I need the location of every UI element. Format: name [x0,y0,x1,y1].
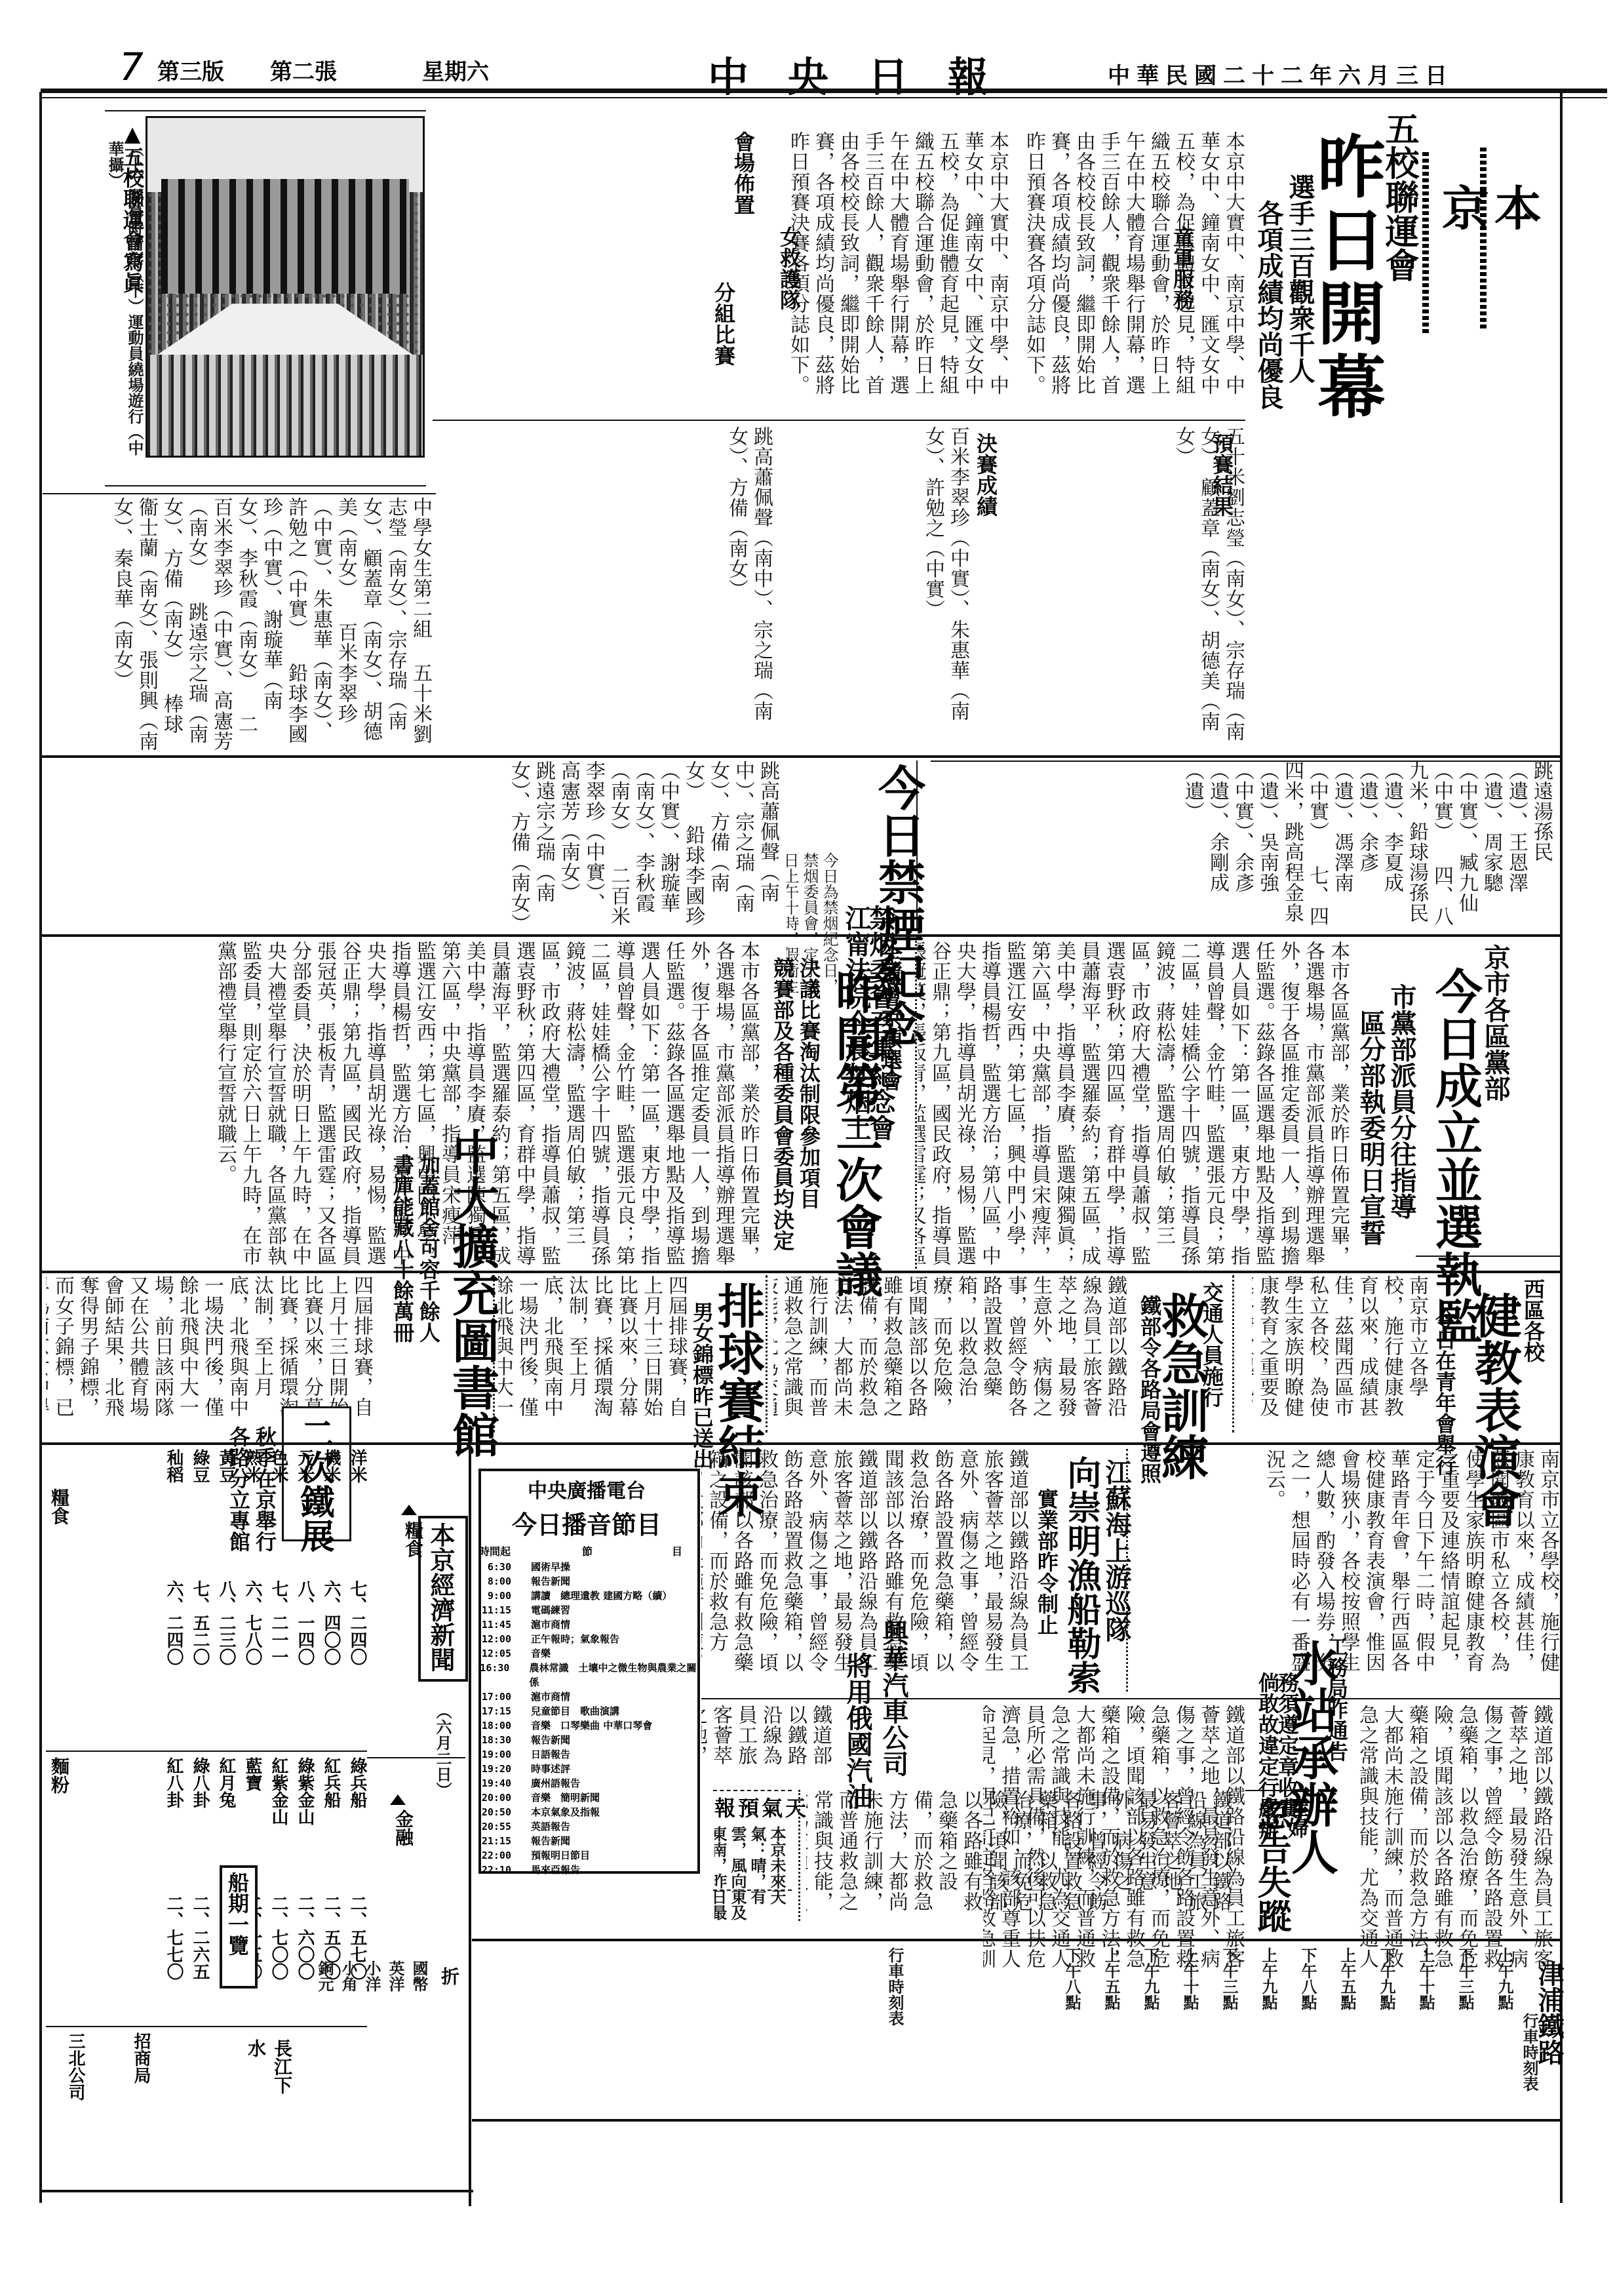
issue-date: 中華民國二十二年六月三日 [1108,58,1454,90]
economy-grain-label: 糧食 [400,1521,426,1558]
masthead-rule [41,89,1607,93]
prelims-body: 五十米劉志瑩（南女）、宗存瑞（南女）、顧蓋章（南女）、胡德美（南女） [996,426,1245,754]
radio-row: 18:00音樂 口琴樂曲 中華口琴會 [475,1718,698,1733]
lead-subhead-2: 各項成績均尚優良 [1253,200,1283,410]
grain-heading: 糧食 [46,1488,72,1525]
results-heading: 中學女生第二組 [409,497,432,639]
radio-row: 22:00預報明日節目 [475,1848,698,1863]
fishing-headline: 向崇明漁船勒索 [1062,1455,1100,1694]
radio-row: 17:15兒童節目 歌曲演講 [475,1704,698,1718]
lead-body: 本京中大實中、南京中學、中華女中、鐘南女中、匯文女中五校，為促進體育起見，特組織… [1022,131,1245,413]
economy-section: 洋米 機米 元米 色米 熟米 黃豆 綠豆 秈稻 糧食 七、二四〇 六、四〇〇 八… [46,1449,367,2111]
ornament-chain [1422,152,1429,336]
wavy-divider [915,941,921,1269]
sheet-page: 第三版 [157,54,224,86]
radio-row: 12:05音樂 [475,1646,698,1661]
railway-notice: 行車時刻表 [708,1947,905,2118]
divider [46,2026,367,2027]
radio-rows: 6:30國術早操 8:00報告新聞 9:00講讀 總理遺教 建國方略（續） 11… [475,1560,698,1877]
results-band-right: 跳遠湯孫民（遺）、王恩澤（遺）、周家驄（中實）、臧九仙（中實） 四、八九米，鉛球… [931,761,1553,932]
firstaid-body: 鐵道部以鐵路沿線為員工旅客薈萃之地，最易發生意外、病傷之事，曾經令飭各路設置救急… [773,1275,1127,1433]
wavy-divider [1126,1449,1132,1692]
photo-frame-bottom [105,485,426,486]
sheet-info: 第三版 第二張 星期六 [157,54,489,86]
lead-headline: 昨日開幕 [1310,131,1382,425]
column-rule [469,1446,471,2206]
subsection-firstaid: 女救護隊 [777,226,802,310]
photo-subcaption: （上）開幕時情形（下）運動員繞場遊行（中華攝） [105,141,144,469]
radio-row: 20:55英語報告 [475,1819,698,1834]
radio-row: 19:40廣州語報告 [475,1776,698,1791]
prelims-body-3: 跳高蕭佩聲（南中）、宗之瑞（南女）、方備（南女） [433,426,773,754]
economy-gold-marker [390,1794,406,1808]
health-kicker: 西區各校 [1521,1278,1546,1362]
library-headline: 中大擴充圖書館 [446,1128,498,1458]
grain-price-values: 七、二四〇 六、四〇〇 八、一四〇 七、二一一 六、七八〇 八、二三〇 七、五二… [157,1580,367,1665]
page-border-left [39,92,42,2203]
radio-schedule: 中央廣播電台 今日播音節目 時間起 節 目 6:30國術早操 8:00報告新聞 … [475,1472,698,1877]
photo-sports-meet [146,116,425,458]
subsection-groups: 分組比賽 [711,282,736,366]
radio-row: 16:30農林常識 土壤中之微生物與農業之關係 [475,1661,698,1690]
divider [46,1751,367,1752]
wavy-divider [1232,1275,1238,1433]
section-label-local: 本京 [1435,184,1540,328]
divider [367,1757,465,1758]
timetable: 上午九點 下午三點 上午十點 下午九點 上午五點 下午八點 上午九點 下午三點 … [911,1947,1514,2118]
lead-subhead-1: 選手三百觀衆千人 [1285,174,1315,384]
page-border-right [1560,92,1563,2203]
triangle-up-icon [401,1505,417,1515]
weekday: 星期六 [422,54,489,86]
photo-frame-top [105,110,426,111]
gasoline-subhead: 將用俄國汽油 [842,1652,872,1810]
bottom-rule-left [41,2190,473,2192]
railway-subtitle: 行車時刻表 [1519,2013,1539,2091]
shipping-route: 長江下水 [243,2039,295,2111]
library-subhead: 加蓋館舍可容千餘人 [416,1154,441,1343]
volleyball-body: 四屆排球賽，自上月十三日開始比賽以來，分幕比賽，採循環淘汰制，至上月底，北飛與南… [498,1275,688,1433]
divider [1416,1256,1560,1257]
economy-label: 本京經濟新聞 [426,1522,455,1672]
radio-row: 11:15電碼練習 [475,1603,698,1617]
radio-row: 8:00報告新聞 [475,1574,698,1589]
radio-row: 9:00講讀 總理遺教 建國方略（續） [475,1589,698,1603]
results-band-left: 跳高蕭佩聲（南中）、宗之瑞（南女）、方備（南女） 鉛球李國珍（中實）、謝璇華（南… [46,761,780,932]
grain-prices: 洋米 機米 元米 色米 熟米 黃豆 綠豆 秈稻 [157,1449,367,1483]
economy-date: （六月二日） [433,1703,452,1798]
radio-row: 20:00音樂 簡明新聞 [475,1791,698,1805]
radio-row: 18:30報告新聞 [475,1733,698,1747]
shipping-companies: 三北公司 招商局 [59,2032,151,2101]
gasoline-body: 鐵道部以鐵路沿線為員工旅客薈萃之地，最易發生意外、病傷之事，曾經令飭各路設置救急… [701,1705,832,1777]
weather-body: 本京未來天氣：晴，有雲，風向東及東南，昨日最高二八、九度，最低一八、四度（下） [714,1826,787,1924]
radio-row: 11:45滬市商情 [475,1617,698,1632]
lead-body-cont: 本京中大實中、南京中學、中華女中、鐘南女中、匯文女中五校，為促進體育起見，特組織… [433,131,1009,413]
radio-header: 時間起 節 目 [479,1543,698,1558]
divider [931,761,1560,762]
subsection-finals: 決賽成績 [973,433,998,517]
subsection-scouts: 童軍服務 [1170,226,1195,310]
radio-row: 6:30國術早操 [475,1560,698,1574]
shipping-label: 船期一覽 [225,1872,250,1956]
band-rule [472,1939,1560,1941]
radio-row: 12:00正午報時；氣象報告 [475,1632,698,1646]
economy-grain-marker [401,1505,417,1518]
gasoline-headline: 興華汽車公司 [878,1619,908,1777]
radio-station: 中央廣播電台 [475,1475,698,1503]
party-kicker: 京市各區黨部 [1480,944,1510,1101]
missing-headline: 忽告失蹤 [1252,1796,1290,1933]
games-subhead: 決議比賽淘汰制限參加項目 [796,957,821,1209]
subsection-venue: 會場佈置 [731,131,756,215]
missing-body: 鐵道部以鐵路沿線為員工旅客薈萃之地，最易發生意外、病傷之事，曾經令飭各路設置救急… [806,1790,1232,1921]
radio-title: 今日播音節目 [475,1505,698,1541]
fishing-subhead: 實業部昨令制止 [1034,1488,1059,1635]
band-rule [41,934,1561,937]
radio-row: 22:10馬來亞報告 [475,1863,698,1877]
divider [701,1698,1560,1699]
divider [43,493,436,494]
flour-heading: 麵粉 [46,1757,72,1794]
paper-name: 中央日報 [708,45,1028,103]
party-subhead-2: 區分部執委明日宣誓 [1355,1010,1386,1246]
health-body: 南京市立各學校，施行健康教育以來，成績甚佳，茲聞西區市私立各校，為使學生家族明瞭… [1252,1275,1429,1433]
radio-row: 19:20時事述評 [475,1762,698,1776]
library-subhead-2: 書庫能藏八十餘萬冊 [390,1154,415,1343]
band-rule [41,1271,1561,1273]
masthead-rule-2 [41,97,1607,98]
radio-row: 19:00日語報告 [475,1747,698,1762]
flour-items: 綠兵船 紅兵船 綠紫金山 紅紫金山 藍寶 紅月兔 綠八卦 紅八卦 [157,1757,367,1825]
sheet-number: 第二張 [270,54,337,86]
radio-row: 21:15報告新聞 [475,1834,698,1848]
triangle-up-icon [390,1794,406,1805]
prelims-body-2: 百米李翠珍（中實）、朱惠華（南女）、許勉之（中實） [787,426,970,754]
exchange-heading: 折 [436,1967,462,1985]
band-rule [41,755,1561,758]
party-headline: 今日成立並選執監 [1429,967,1481,1345]
divider [1245,1790,1311,1791]
radio-row: 20:50本京氣象及指報 [475,1805,698,1819]
band-rule [41,1442,1561,1445]
wavy-divider [766,1275,771,1433]
party-body: 本市各區黨部，業於昨日佈置完畢，各選舉場，市黨部派員指導辦理選舉外，復于各區推定… [918,941,1350,1269]
bottom-rule [472,2119,1560,2122]
weather-title: 天氣預報 [714,1793,809,1823]
radio-row: 17:00滬市商情 [475,1690,698,1704]
party-subhead: 市黨部派員分往指導 [1386,983,1416,1219]
economy-gold-heading: 金融 [390,1810,416,1846]
results-column: 中學女生第二組 五十米劉志瑩（南女）、宗存瑞（南女）、顧蓋章（南女）、胡德美（南… [46,497,433,753]
games-subhead-2: 競賽部及各種委員會委員均決定 [770,957,795,1251]
games-headline: 昨開第二次會議 [829,967,882,1297]
economy-gold-items: 國幣 英洋 小洋 小角 銅元 [315,1960,429,1992]
water-kicker: 工務局昨通告 [1324,1636,1349,1762]
divider [433,420,1245,421]
page-number: 7 [119,45,144,89]
wavy-divider [798,1790,804,1921]
